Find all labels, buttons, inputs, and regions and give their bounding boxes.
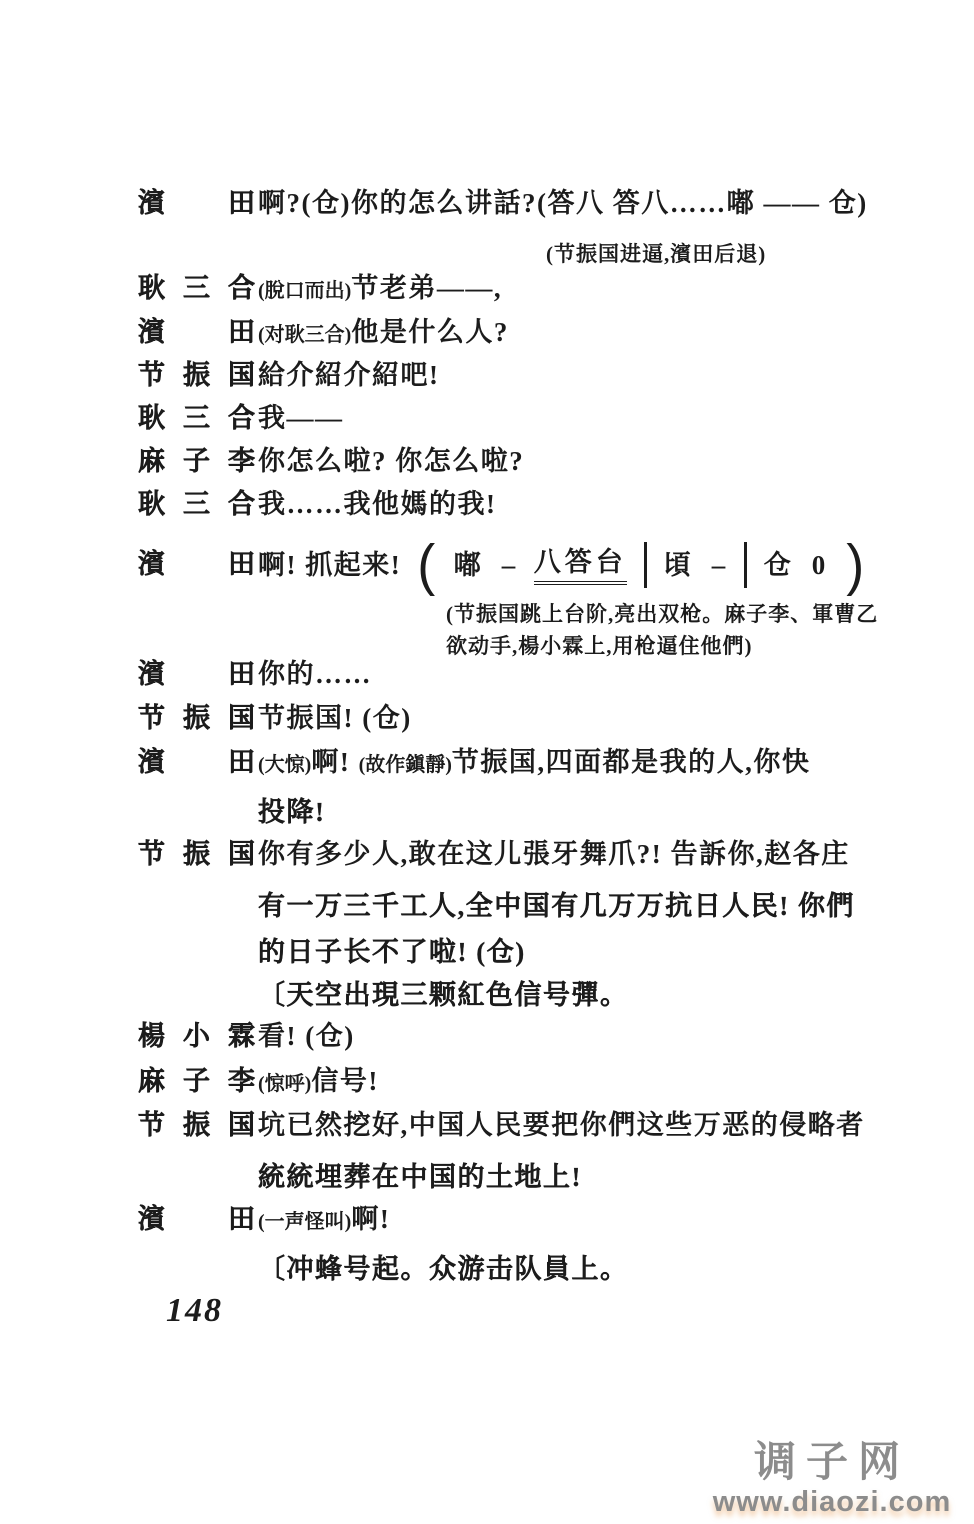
script-line: 楊小霖 看! (仓)	[138, 1019, 914, 1053]
script-line: 节振国 节振国! (仓)	[138, 701, 914, 735]
speaker-name: 节振国	[138, 701, 256, 735]
script-line: 节振国 給介紹介紹吧!	[138, 358, 914, 392]
dialogue-run: 他是什么人?	[351, 317, 509, 347]
dialogue-text: (脫口而出)节老弟——,	[258, 271, 914, 308]
script-line: 濱田 (一声怪叫)啊!	[138, 1202, 914, 1239]
script-line: 麻子李 你怎么啦? 你怎么啦?	[138, 444, 914, 478]
dialogue-text: 你的……	[258, 657, 914, 691]
page-number: 148	[166, 1292, 223, 1330]
speaker-name: 麻子李	[138, 1064, 256, 1098]
script-line: 濱田 (对耿三合)他是什么人?	[138, 315, 914, 352]
stage-direction: 欲动手,楊小霖上,用枪逼住他們)	[446, 630, 753, 660]
percussion-dash: –	[502, 548, 517, 582]
script-line: 濱田 你的……	[138, 657, 914, 691]
dialogue-text: 啊! 抓起来! ( 嘟 – 八答台 頃 – 仓 0 )	[258, 538, 914, 592]
percussion-syllable: 仓	[764, 548, 795, 582]
dialogue-text: 我……我他媽的我!	[258, 487, 914, 521]
speaker-name: 节振国	[138, 1108, 256, 1142]
stage-direction: (节振国进逼,濱田后退)	[546, 238, 766, 268]
percussion-syllable-underlined: 八答台	[534, 545, 627, 585]
speaker-name: 楊小霖	[138, 1019, 256, 1053]
speaker-name: 节振国	[138, 837, 256, 871]
dialogue-text: 給介紹介紹吧!	[258, 358, 914, 392]
percussion-syllable: 嘟	[454, 548, 485, 582]
dialogue-text: 啊?(仓)你的怎么讲話?(答八 答八……嘟 —— 仓)	[258, 186, 914, 220]
dialogue-continuation: 有一万三千工人,全中国有几万万抗日人民! 你們	[258, 884, 855, 923]
percussion-open-paren: (	[417, 537, 436, 594]
script-line: 节振国 坑已然挖好,中国人民要把你們这些万恶的侵略者	[138, 1108, 914, 1142]
stage-direction: (节振国跳上台阶,亮出双枪。麻子李、軍曹乙	[446, 598, 878, 628]
speaker-name: 麻子李	[138, 444, 256, 478]
script-line: 耿三合 我——	[138, 401, 914, 435]
dialogue-text: (对耿三合)他是什么人?	[258, 315, 914, 352]
dialogue-continuation: 統統埋葬在中国的土地上!	[258, 1155, 582, 1194]
dialogue-text: 看! (仓)	[258, 1019, 914, 1053]
dialogue-text: (一声怪叫)啊!	[258, 1202, 914, 1239]
bracket-stage-direction: 〔天空出現三颗紅色信号彈。	[258, 973, 629, 1012]
parenthetical-note: (一声怪叫)	[258, 1211, 351, 1233]
barline-icon	[644, 542, 647, 588]
script-line: 耿三合 (脫口而出)节老弟——,	[138, 271, 914, 308]
dialogue-run: 节老弟——,	[351, 273, 502, 303]
dialogue-continuation: 投降!	[258, 790, 326, 829]
dialogue-text: (大惊)啊! (故作鎭靜)节振国,四面都是我的人,你快	[258, 745, 914, 782]
parenthetical-note: (对耿三合)	[258, 324, 351, 346]
speaker-name: 耿三合	[138, 401, 256, 435]
dialogue-run: 节振国,四面都是我的人,你快	[452, 747, 811, 777]
speaker-name: 耿三合	[138, 271, 256, 305]
speaker-name: 濱田	[138, 1202, 256, 1236]
script-line: 濱田 啊?(仓)你的怎么讲話?(答八 答八……嘟 —— 仓)	[138, 186, 914, 220]
script-line: 濱田 (大惊)啊! (故作鎭靜)节振国,四面都是我的人,你快	[138, 745, 914, 782]
percussion-dash: –	[712, 548, 727, 582]
dialogue-run: 啊! 抓起来!	[258, 548, 401, 582]
dialogue-continuation: 的日子长不了啦! (仓)	[258, 930, 526, 969]
speaker-name: 耿三合	[138, 487, 256, 521]
percussion-syllable: 頃	[664, 548, 695, 582]
barline-icon	[744, 542, 747, 588]
dialogue-run: 啊!	[311, 747, 350, 777]
watermark-site-url: www.diaozi.com	[702, 1486, 962, 1518]
parenthetical-note: (惊呼)	[258, 1073, 311, 1095]
dialogue-text: 坑已然挖好,中国人民要把你們这些万恶的侵略者	[258, 1108, 914, 1142]
dialogue-text: 你有多少人,敢在这儿張牙舞爪?! 告訴你,赵各庄	[258, 837, 914, 871]
script-page: 濱田 啊?(仓)你的怎么讲話?(答八 答八……嘟 —— 仓) (节振国进逼,濱田…	[0, 0, 974, 1524]
parenthetical-note: (故作鎭靜)	[359, 754, 452, 776]
parenthetical-note: (大惊)	[258, 754, 311, 776]
script-line: 节振国 你有多少人,敢在这儿張牙舞爪?! 告訴你,赵各庄	[138, 837, 914, 871]
percussion-notation: ( 嘟 – 八答台 頃 – 仓 0 )	[417, 538, 865, 592]
speaker-name: 濱田	[138, 657, 256, 691]
dialogue-text: (惊呼)信号!	[258, 1064, 914, 1101]
script-line: 耿三合 我……我他媽的我!	[138, 487, 914, 521]
watermark: 调子网 www.diaozi.com	[702, 1438, 962, 1518]
dialogue-text: 节振国! (仓)	[258, 701, 914, 735]
speaker-name: 濱田	[138, 547, 256, 581]
speaker-name: 濱田	[138, 186, 256, 220]
script-line: 麻子李 (惊呼)信号!	[138, 1064, 914, 1101]
dialogue-text: 你怎么啦? 你怎么啦?	[258, 444, 914, 478]
parenthetical-note: (脫口而出)	[258, 280, 351, 302]
speaker-name: 节振国	[138, 358, 256, 392]
percussion-close-paren: )	[846, 537, 865, 594]
watermark-site-name: 调子网	[702, 1438, 962, 1486]
bracket-stage-direction: 〔冲蜂号起。众游击队員上。	[258, 1247, 629, 1286]
speaker-name: 濱田	[138, 315, 256, 349]
script-line-percussion: 濱田 啊! 抓起来! ( 嘟 – 八答台 頃 – 仓 0 )	[138, 538, 914, 592]
dialogue-run: 啊!	[351, 1204, 390, 1234]
dialogue-text: 我——	[258, 401, 914, 435]
dialogue-run: 信号!	[311, 1066, 379, 1096]
percussion-rest: 0	[812, 548, 830, 582]
speaker-name: 濱田	[138, 745, 256, 779]
